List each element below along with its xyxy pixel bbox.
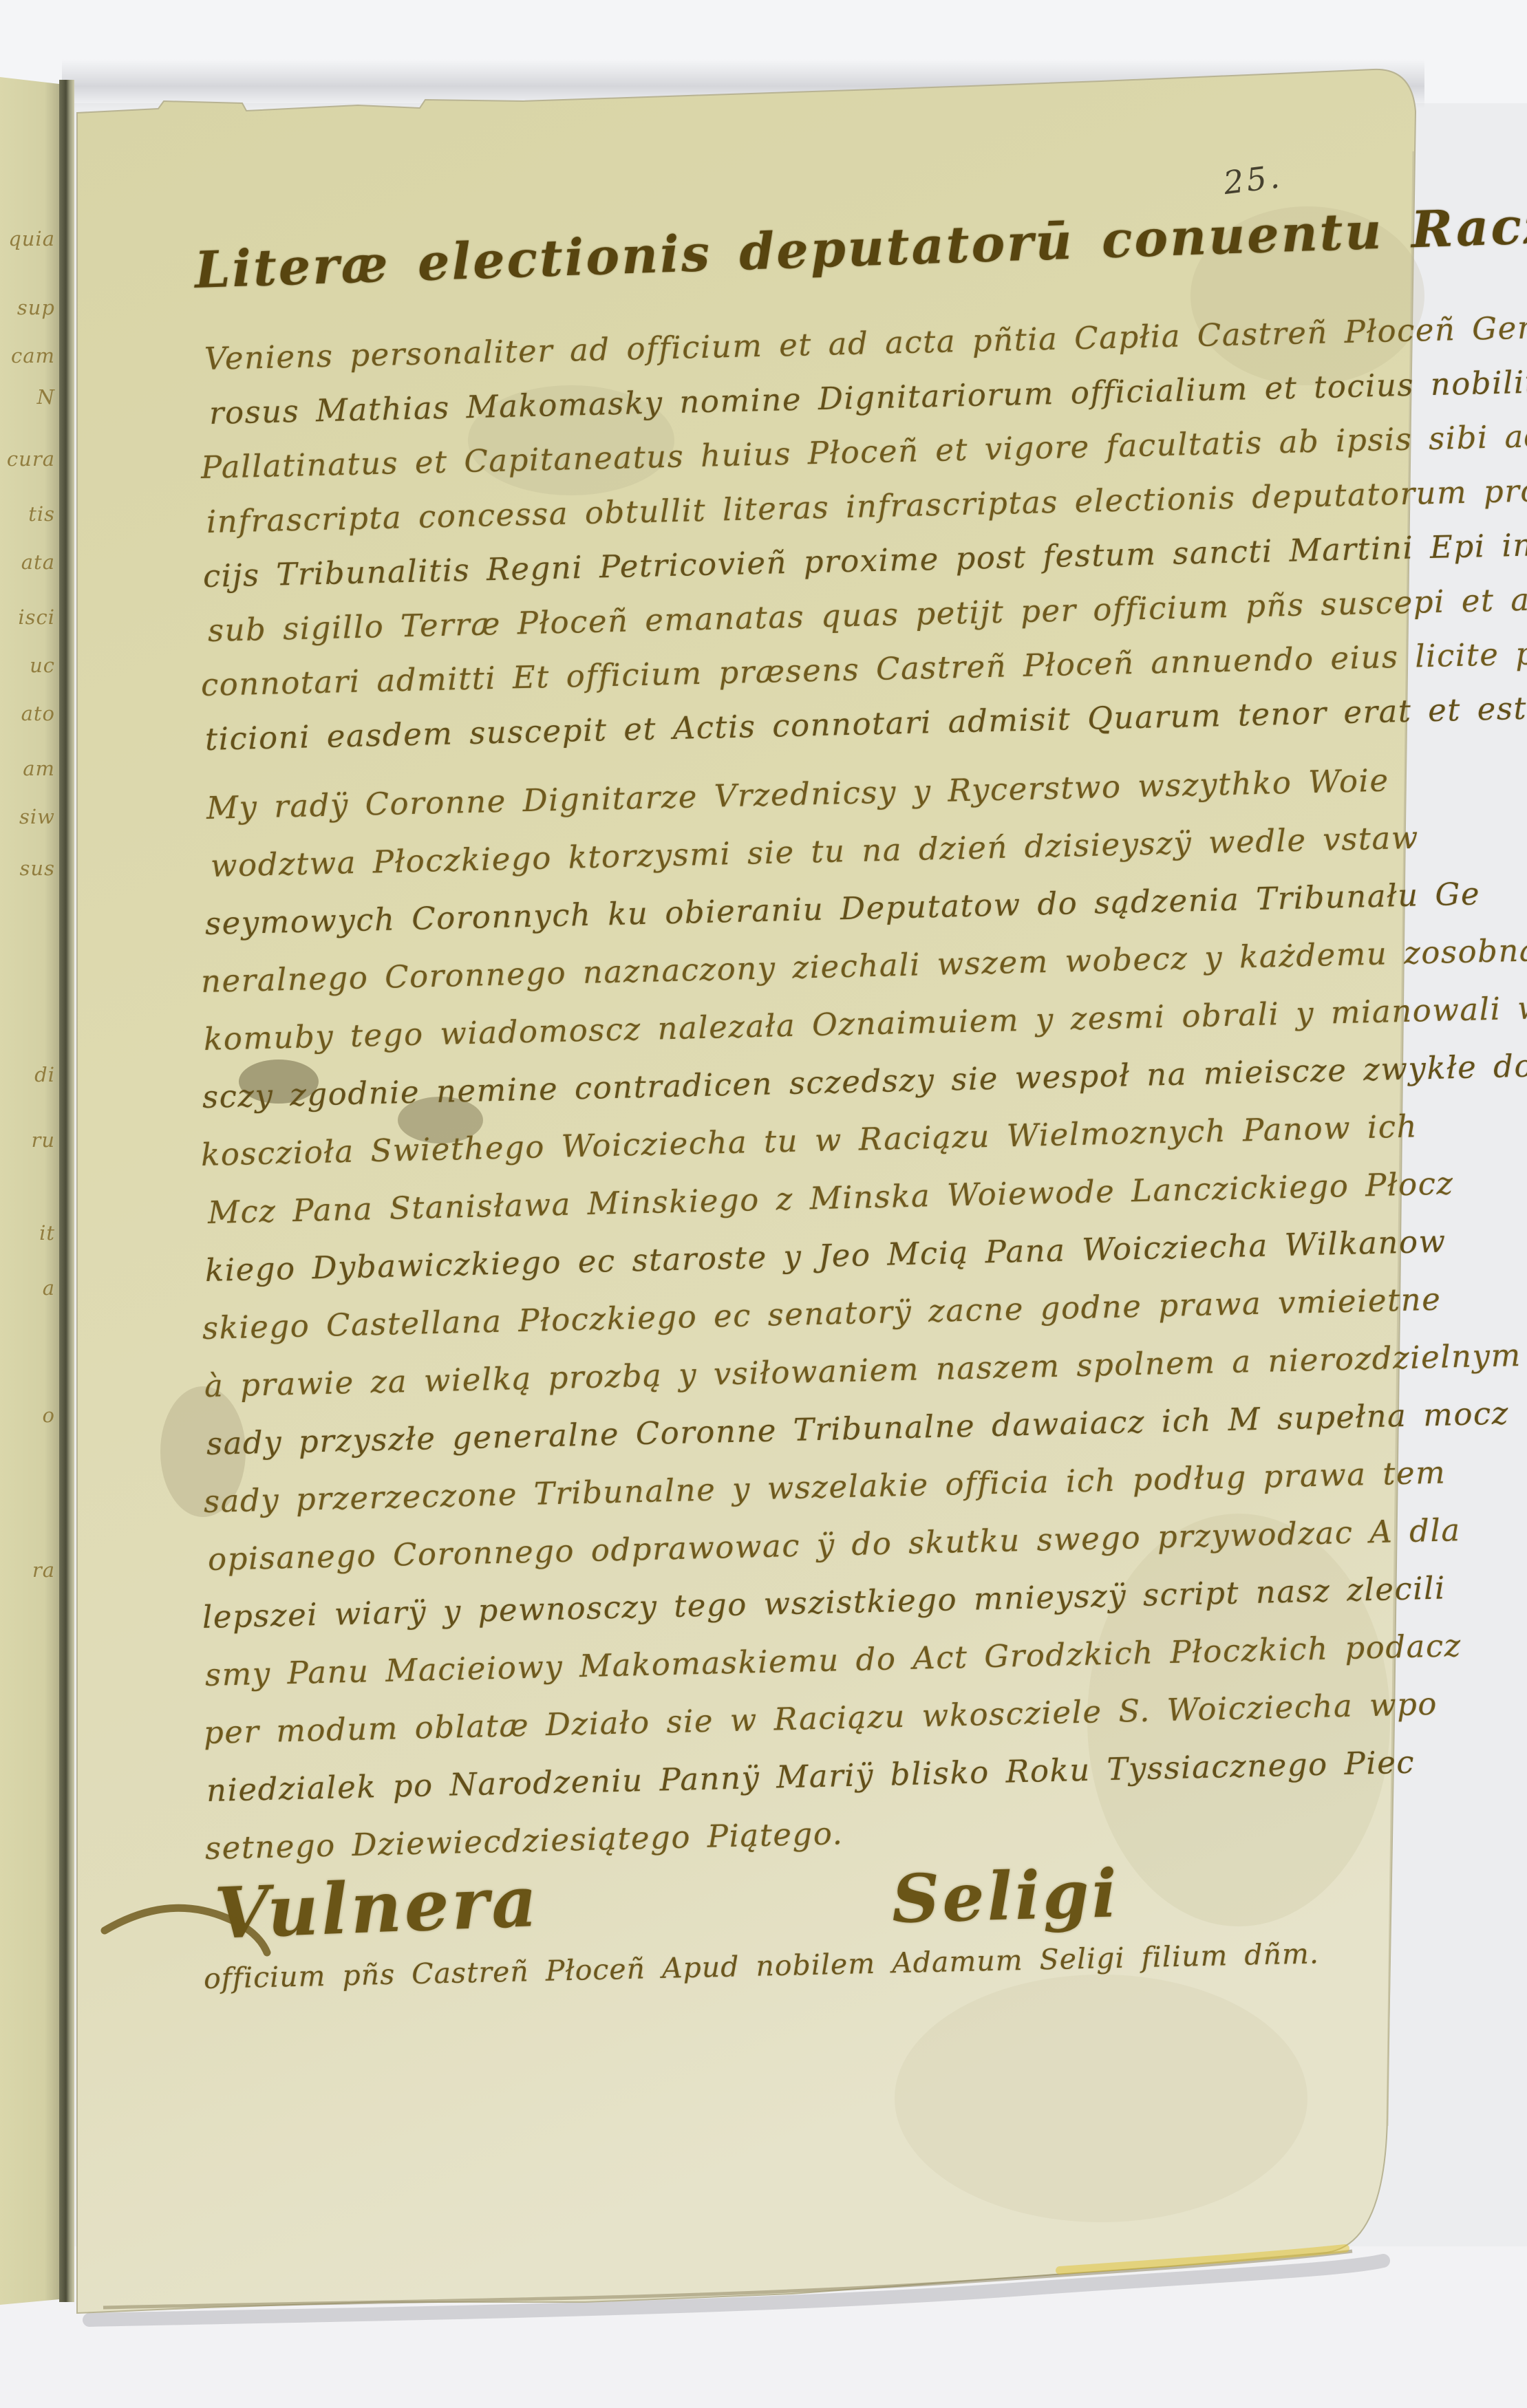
manuscript-line: kosczioła Swiethego Woicziecha tu w Raci… <box>200 1108 1418 1173</box>
margin-fragment: di <box>1 1063 55 1086</box>
margin-fragment: o <box>1 1404 55 1427</box>
page-content: 25. Literæ electionis deputatorū conuent… <box>0 0 1527 2408</box>
margin-fragment: sus <box>1 857 55 880</box>
margin-fragment: isci <box>1 605 55 629</box>
manuscript-line: lepszei wiarÿ y pewnosczy tego wszistkie… <box>202 1569 1446 1635</box>
manuscript-line: kiego Dybawiczkiego ec staroste y Jeo Mc… <box>204 1223 1446 1289</box>
page-number: 25. <box>1221 158 1284 202</box>
docket-word-vulnera: Vulnera <box>213 1860 542 1955</box>
margin-fragment: cam <box>1 344 55 367</box>
manuscript-line: connotari admitti Et officium præsens Ca… <box>200 635 1527 703</box>
margin-fragment: siw <box>1 805 55 828</box>
manuscript-line: sady przyszłe generalne Coronne Tribunal… <box>206 1395 1509 1462</box>
manuscript-line: seymowych Coronnych ku obieraniu Deputat… <box>204 875 1480 942</box>
margin-fragment: quia <box>1 227 55 250</box>
manuscript-scan: 25. Literæ electionis deputatorū conuent… <box>0 0 1527 2408</box>
manuscript-line: opisanego Coronnego odprawowac ÿ do skut… <box>207 1512 1461 1578</box>
margin-fragment: uc <box>1 654 55 677</box>
manuscript-line: Mcz Pana Stanisława Minskiego z Minska W… <box>207 1165 1454 1231</box>
manuscript-line: à prawie za wielką prozbą y vsiłowaniem … <box>204 1335 1527 1404</box>
manuscript-line: neralnego Coronnego naznaczony ziechali … <box>200 932 1527 1000</box>
manuscript-line: Veniens personaliter ad officium et ad a… <box>204 309 1527 377</box>
margin-fragment: tis <box>1 502 55 526</box>
manuscript-line: rosus Mathias Makomasky nomine Dignitari… <box>209 362 1527 431</box>
margin-fragment: ata <box>1 550 55 574</box>
margin-fragment: sup <box>1 296 55 319</box>
margin-fragment: N <box>1 385 55 409</box>
margin-fragment: ra <box>1 1558 55 1582</box>
margin-fragment: am <box>1 757 55 780</box>
margin-fragment: ato <box>1 702 55 725</box>
manuscript-line: sczy zgodnie nemine contradicen sczedszy… <box>202 1047 1527 1115</box>
manuscript-line: per modum oblatæ Działo sie w Raciązu wk… <box>203 1686 1438 1751</box>
margin-fragment: a <box>1 1276 55 1300</box>
margin-fragment: cura <box>1 447 55 471</box>
manuscript-line: Pallatinatus et Capitaneatus huius Płoce… <box>200 418 1527 486</box>
document-title: Literæ electionis deputatorū conuentu Ra… <box>194 190 1527 300</box>
manuscript-line: wodztwa Płoczkiego ktorzysmi sie tu na d… <box>210 819 1419 884</box>
manuscript-line: smy Panu Macieiowy Makomaskiemu do Act G… <box>204 1627 1462 1693</box>
manuscript-line: komuby tego wiadomoscz nalezała Oznaimui… <box>203 988 1527 1057</box>
manuscript-line: sub sigillo Terræ Płoceñ emanatas quas p… <box>207 580 1527 649</box>
margin-fragment: ru <box>1 1128 55 1152</box>
manuscript-line: My radÿ Coronne Dignitarze Vrzednicsy y … <box>206 762 1389 826</box>
manuscript-line: setnego Dziewiecdziesiątego Piątego. <box>204 1815 844 1867</box>
manuscript-line: sady przerzeczone Tribunalne y wszelakie… <box>203 1454 1446 1520</box>
docket-word-seligi: Seligi <box>891 1854 1121 1938</box>
manuscript-line: niedzialek po Narodzeniu Pannÿ Mariÿ bli… <box>206 1744 1415 1809</box>
manuscript-line: skiego Castellana Płoczkiego ec senatorÿ… <box>202 1281 1441 1346</box>
margin-fragment: it <box>1 1221 55 1245</box>
